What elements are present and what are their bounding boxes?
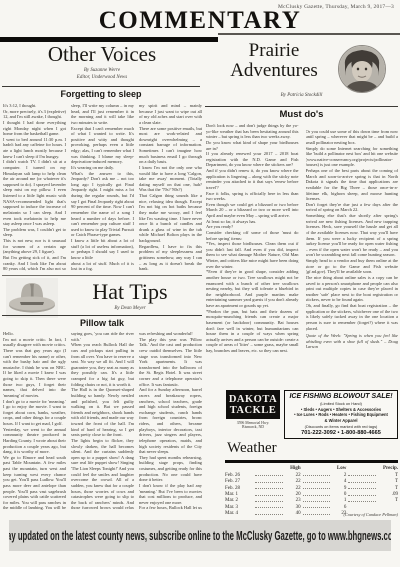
weather-header-precip: Precip. [378, 466, 398, 471]
weather-title: Weather [227, 440, 277, 457]
article-column: saying goes, 'you can ride the river wit… [71, 331, 134, 512]
hat-tips-title: Hat Tips [58, 279, 202, 305]
other-voices-title: Other Voices [2, 42, 202, 67]
other-voices-byline: By Suzanne Werre Editor, Underwood News [2, 68, 202, 81]
pillow-talk-body: Hello. I'm not a movie critic. In fact, … [3, 331, 202, 512]
forgetting-to-sleep-body: It's 3:12, I thought. Or, more precisely… [3, 103, 202, 273]
byline-role: Editor, Underwood News [2, 75, 202, 82]
logo-line-1: DAKOTA [226, 394, 280, 405]
ad-items-line: • Ice Lures • Rods • Heaters • Fishing E… [288, 412, 394, 417]
ad-note: (Discounts on items marked with red tags… [288, 424, 394, 429]
ad-address: 3596 Memorial Hwy. Bismarck, ND [237, 421, 270, 430]
divider [2, 315, 202, 316]
article-column: was refreshing and wonderful! The play t… [139, 331, 202, 512]
weather-courtesy-line: (Courtesy of Candace Pellman) [225, 512, 398, 517]
title-line-1: Prairie [213, 41, 335, 61]
ad-phone-numbers: 701-222-3092 • 1-800-880-4665 [288, 430, 394, 436]
weather-header-high: High [285, 466, 301, 471]
newspaper-page: McClusky Gazette, Thursday, March 9, 201… [0, 0, 400, 567]
article-column: Or you could use some of this down time … [306, 123, 399, 387]
subscribe-banner: Stay updated on the latest county news, … [9, 520, 391, 551]
divider [2, 275, 202, 276]
ad-subheadline: (Limited Stock on Hand) [288, 401, 394, 406]
pillow-talk-headline: Pillow talk [2, 318, 202, 328]
prairie-adventures-byline: By Patricia Stockdill [205, 93, 398, 100]
columnist-portrait-image [339, 46, 385, 92]
article-column: Hello. I'm not a movie critic. In fact, … [3, 331, 66, 512]
ad-copy-box: ICE FISHING BLOWOUT SALE! (Limited Stock… [284, 390, 398, 439]
subscribe-banner-text: Stay updated on the latest county news, … [9, 529, 391, 543]
ad-address-city: Bismarck, ND [237, 425, 270, 430]
must-dos-headline: Must do's [205, 109, 398, 120]
ad-logo-block: DAKOTA TACKLE 3596 Memorial Hwy. Bismarc… [225, 390, 281, 439]
article-column: my spirit and mind – mainly because I ju… [139, 103, 202, 273]
logo-line-2: TACKLE [226, 405, 280, 416]
columnist-photo [338, 45, 386, 93]
section-title: COMMENTARY [0, 7, 400, 35]
ad-items-line: • Sleds • Augers • Shelters & Accessorie… [288, 407, 394, 412]
weather-rule [225, 460, 398, 463]
divider [205, 106, 398, 107]
hat-tips-byline: By Dean Meyer [58, 306, 202, 313]
divider [2, 86, 200, 87]
masthead-thin-rule [218, 33, 400, 35]
ad-items-line: & Winter Apparel [288, 418, 394, 423]
must-dos-body: Don't look now – and don't judge things … [206, 123, 398, 387]
article-column: Don't look now – and don't judge things … [206, 123, 299, 387]
weather-table: High Low Precip. Feb. 26 22 2 T Feb. 27 … [225, 465, 398, 516]
dakota-tackle-ad: DAKOTA TACKLE 3596 Memorial Hwy. Bismarc… [225, 390, 398, 439]
article-column: It's 3:12, I thought. Or, more precisely… [3, 103, 66, 273]
article-column-text: Or you could use some of this down time … [306, 129, 399, 331]
article-column: sleep, I'll write my column – in my head… [71, 103, 134, 273]
cowboy-hat-photo [6, 278, 58, 318]
dakota-tackle-logo: DAKOTA TACKLE [226, 390, 280, 419]
masthead-thick-rule [0, 37, 218, 42]
weather-header-low: Low [332, 466, 346, 471]
forgetting-to-sleep-headline: Forgetting to sleep [2, 89, 200, 99]
ad-headline: ICE FISHING BLOWOUT SALE! [288, 393, 394, 400]
prairie-adventures-title: Prairie Adventures [213, 41, 335, 81]
quote-of-the-week: Quote of the Week: "Spring is when you f… [306, 333, 399, 350]
title-line-2: Adventures [213, 61, 335, 81]
cowboy-hat-image [6, 278, 58, 318]
